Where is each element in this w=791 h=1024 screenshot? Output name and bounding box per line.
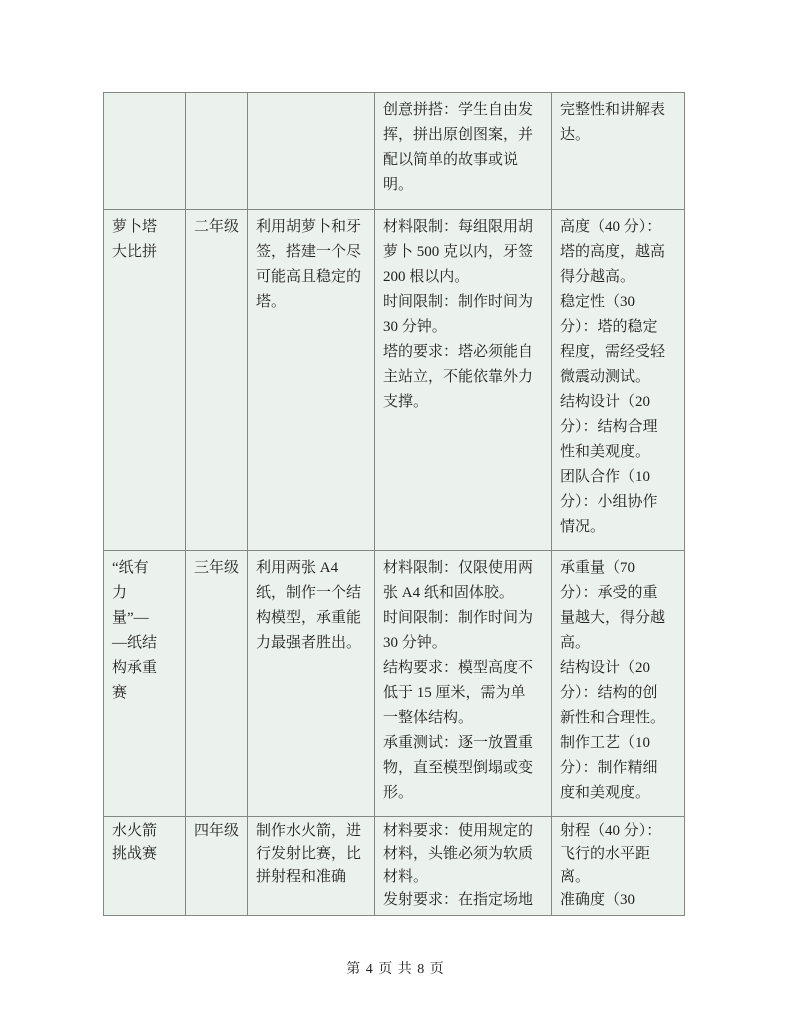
cell-scoring: 高度（40 分）： 塔的高度，越高 得分越高。 稳定性（30 分）：塔的稳定 程… [552, 210, 685, 551]
cell-description: 利用胡萝卜和牙 签，搭建一个尽 可能高且稳定的 塔。 [248, 210, 375, 551]
table-row: 水火箭 挑战赛 四年级 制作水火箭，进 行发射比赛，比 拼射程和准确 材料要求：… [104, 817, 685, 916]
document-page: 创意拼搭：学生自由发 挥，拼出原创图案，并 配以简单的故事或说 明。 完整性和讲… [0, 0, 791, 1024]
cell-description: 利用两张 A4 纸，制作一个结 构模型，承重能 力最强者胜出。 [248, 551, 375, 817]
cell-rules: 创意拼搭：学生自由发 挥，拼出原创图案，并 配以简单的故事或说 明。 [375, 93, 552, 210]
cell-activity-name: “纸有 力 量”— —纸结 构承重 赛 [104, 551, 186, 817]
cell-activity-name [104, 93, 186, 210]
cell-grade: 三年级 [186, 551, 248, 817]
table-row: “纸有 力 量”— —纸结 构承重 赛 三年级 利用两张 A4 纸，制作一个结 … [104, 551, 685, 817]
cell-activity-name: 萝卜塔 大比拼 [104, 210, 186, 551]
cell-scoring: 射程（40 分）： 飞行的水平距 离。 准确度（30 [552, 817, 685, 916]
page-number-footer: 第 4 页 共 8 页 [0, 958, 791, 978]
cell-grade [186, 93, 248, 210]
cell-grade: 四年级 [186, 817, 248, 916]
cell-description [248, 93, 375, 210]
cell-rules: 材料限制：仅限使用两 张 A4 纸和固体胶。 时间限制：制作时间为 30 分钟。… [375, 551, 552, 817]
activity-schedule-table: 创意拼搭：学生自由发 挥，拼出原创图案，并 配以简单的故事或说 明。 完整性和讲… [103, 92, 685, 916]
cell-description: 制作水火箭，进 行发射比赛，比 拼射程和准确 [248, 817, 375, 916]
cell-scoring: 完整性和讲解表 达。 [552, 93, 685, 210]
cell-rules: 材料要求：使用规定的 材料，头锥必须为软质 材料。 发射要求：在指定场地 [375, 817, 552, 916]
cell-rules: 材料限制：每组限用胡 萝卜 500 克以内，牙签 200 根以内。 时间限制：制… [375, 210, 552, 551]
cell-activity-name: 水火箭 挑战赛 [104, 817, 186, 916]
cell-grade: 二年级 [186, 210, 248, 551]
table-row: 萝卜塔 大比拼 二年级 利用胡萝卜和牙 签，搭建一个尽 可能高且稳定的 塔。 材… [104, 210, 685, 551]
table-row: 创意拼搭：学生自由发 挥，拼出原创图案，并 配以简单的故事或说 明。 完整性和讲… [104, 93, 685, 210]
cell-scoring: 承重量（70 分）：承受的重 量越大，得分越 高。 结构设计（20 分）：结构的… [552, 551, 685, 817]
